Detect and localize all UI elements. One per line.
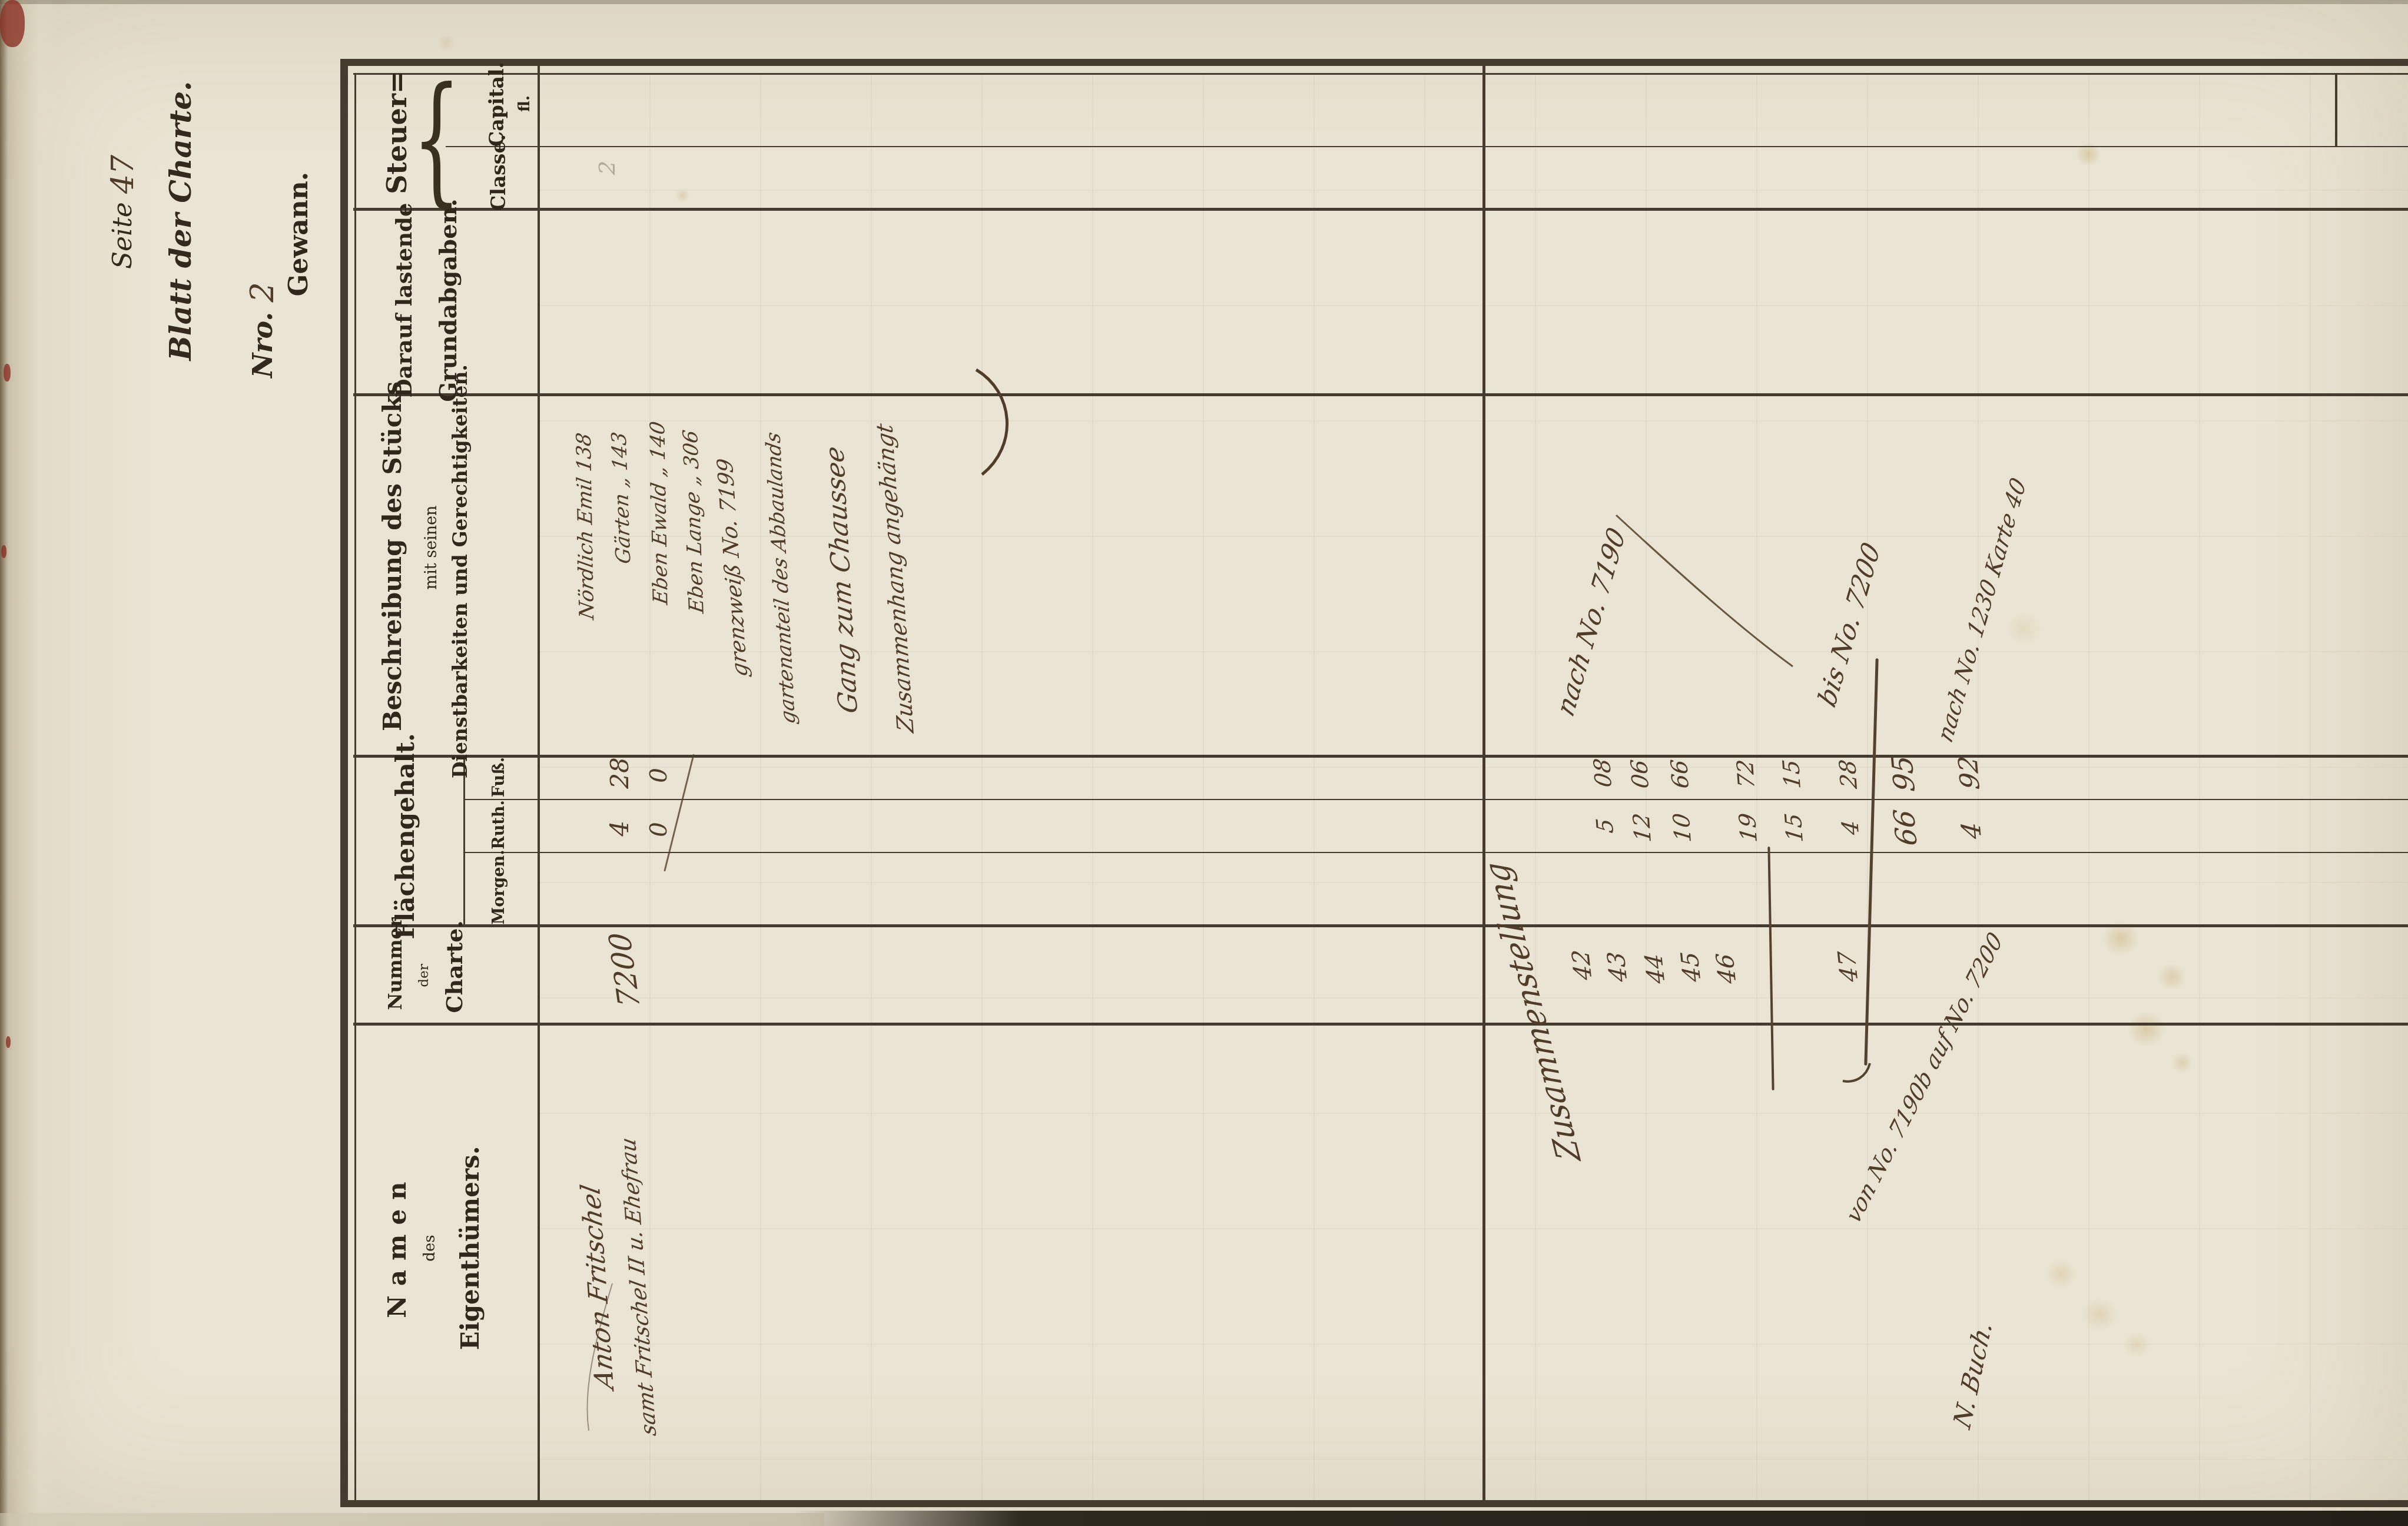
ink-flourishes <box>0 0 2408 1526</box>
bottom-left-paper-edge <box>0 1513 824 1526</box>
scanned-ledger-page: Seite 47 Blatt der Charte. Nro. 2 Gewann… <box>0 0 2408 1526</box>
bottom-page-edge <box>795 1511 2408 1526</box>
